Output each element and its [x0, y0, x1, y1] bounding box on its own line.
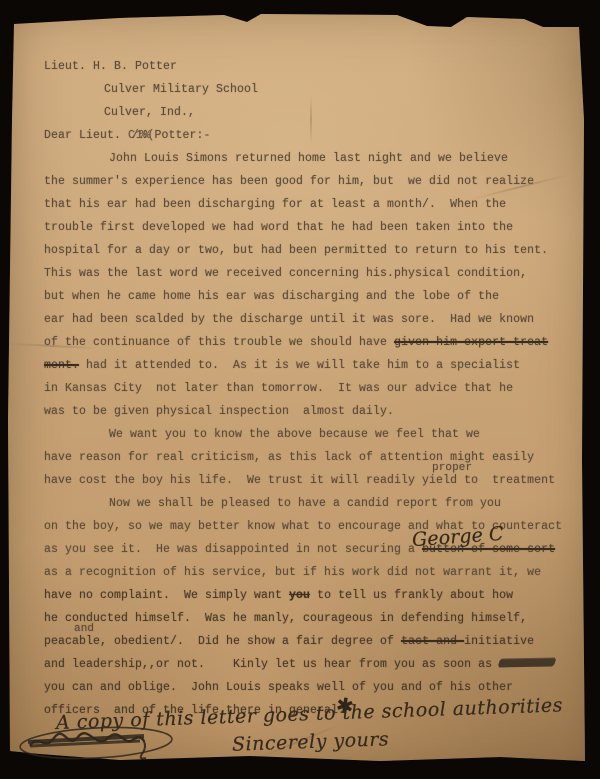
typed-insert-above-line: and	[74, 623, 94, 635]
typed-text: of the continuance of this trouble we sh…	[44, 336, 394, 349]
recipient-city: Culver, Ind.,	[44, 106, 258, 129]
struck-illegible-word	[498, 659, 556, 667]
typed-line: in Kansas City not later than tomorrow. …	[44, 382, 569, 405]
typed-text: have no complaint. We simply want	[44, 589, 289, 602]
typed-line: ear had been scalded by the discharge un…	[44, 313, 569, 336]
typed-text: that his ear had been discharging for at…	[44, 198, 506, 211]
crossed-out-scribble	[16, 722, 184, 769]
typed-line: have reason for real criticism, as this …	[44, 451, 569, 474]
struck-through-text: ment.	[44, 359, 79, 372]
typed-line: was to be given physical inspection almo…	[44, 405, 569, 428]
typed-insert-above-line: proper	[432, 462, 472, 474]
typed-text: ear had been scalded by the discharge un…	[44, 313, 534, 326]
overtyped-word: you	[289, 589, 310, 602]
typed-line: but when he came home his ear was discha…	[44, 290, 569, 313]
typed-text: trouble first developed we had word that…	[44, 221, 513, 234]
typed-text: he conducted himself. Was he manly, cour…	[44, 612, 527, 625]
typed-line: of the continuance of this trouble we sh…	[44, 336, 569, 359]
typed-text: peacable, obedient/. Did he show a fair …	[44, 635, 401, 648]
typed-text: and leadership,,or not. Kinly let us hea…	[44, 658, 499, 671]
scribble-drawing	[16, 722, 184, 764]
recipient-name: Lieut. H. B. Potter	[44, 60, 258, 83]
typed-line: hospital for a day or two, but had been …	[44, 244, 569, 267]
typed-text: hospital for a day or two, but had been …	[44, 244, 548, 257]
typed-text: had it attended to. As it is we will tak…	[79, 359, 520, 372]
typed-text: have cost the boy his life. We trust it …	[44, 474, 555, 487]
overtyped-characters: C/1%%(	[128, 129, 151, 142]
typed-line: the summer's experience has been good fo…	[44, 175, 569, 198]
typed-text: as a recognition of his service, but if …	[44, 566, 541, 579]
struck-through-text: tact and	[401, 635, 464, 648]
salutation-name: Potter:-	[154, 129, 210, 142]
recipient-school: Culver Military School	[44, 83, 258, 106]
typed-line: he conducted himself. Was he manly, cour…	[44, 612, 569, 635]
struck-through-text: given him expert treat	[394, 336, 548, 349]
typed-text: John Louis Simons returned home last nig…	[109, 152, 508, 165]
typed-line: Now we shall be pleased to have a candid…	[44, 497, 569, 520]
typed-line: ment. had it attended to. As it is we wi…	[44, 359, 569, 382]
typed-line: We want you to know the above because we…	[44, 428, 569, 451]
typed-line: as a recognition of his service, but if …	[44, 566, 569, 589]
typed-text: This was the last word we received conce…	[44, 267, 527, 280]
typed-line: John Louis Simons returned home last nig…	[44, 152, 569, 175]
typed-text: in Kansas City not later than tomorrow. …	[44, 382, 513, 395]
typed-text: you can and oblige. John Louis speaks we…	[44, 681, 513, 694]
salutation-line: Dear Lieut. C/1%%(Potter:-	[44, 129, 258, 152]
typed-line: This was the last word we received conce…	[44, 267, 569, 290]
typed-line: have cost the boy his life. We trust it …	[44, 474, 569, 497]
typed-body: John Louis Simons returned home last nig…	[44, 152, 569, 727]
letter-header: Lieut. H. B. Potter Culver Military Scho…	[44, 60, 258, 152]
salutation-text: Dear Lieut.	[44, 129, 128, 142]
typed-text: the summer's experience has been good fo…	[44, 175, 534, 188]
typed-line: and leadership,,or not. Kinly let us hea…	[44, 658, 569, 681]
typed-line: have no complaint. We simply want you to…	[44, 589, 569, 612]
typed-text: Now we shall be pleased to have a candid…	[109, 497, 501, 510]
letter-photo: { "photo": { "background_color": "#0a070…	[0, 0, 600, 779]
typed-line: as you see it. He was disappointed in no…	[44, 543, 569, 566]
typed-line: peacable, obedient/. Did he show a fair …	[44, 635, 569, 658]
typed-line: trouble first developed we had word that…	[44, 221, 569, 244]
typed-text: was to be given physical inspection almo…	[44, 405, 394, 418]
paper-crease	[310, 96, 312, 144]
typed-text: We want you to know the above because we…	[109, 428, 480, 441]
typed-text: initiative	[464, 635, 534, 648]
typed-text: to tell us frankly about how	[310, 589, 513, 602]
typed-text: as you see it. He was disappointed in no…	[44, 543, 422, 556]
typed-line: that his ear had been discharging for at…	[44, 198, 569, 221]
typed-text: but when he came home his ear was discha…	[44, 290, 499, 303]
